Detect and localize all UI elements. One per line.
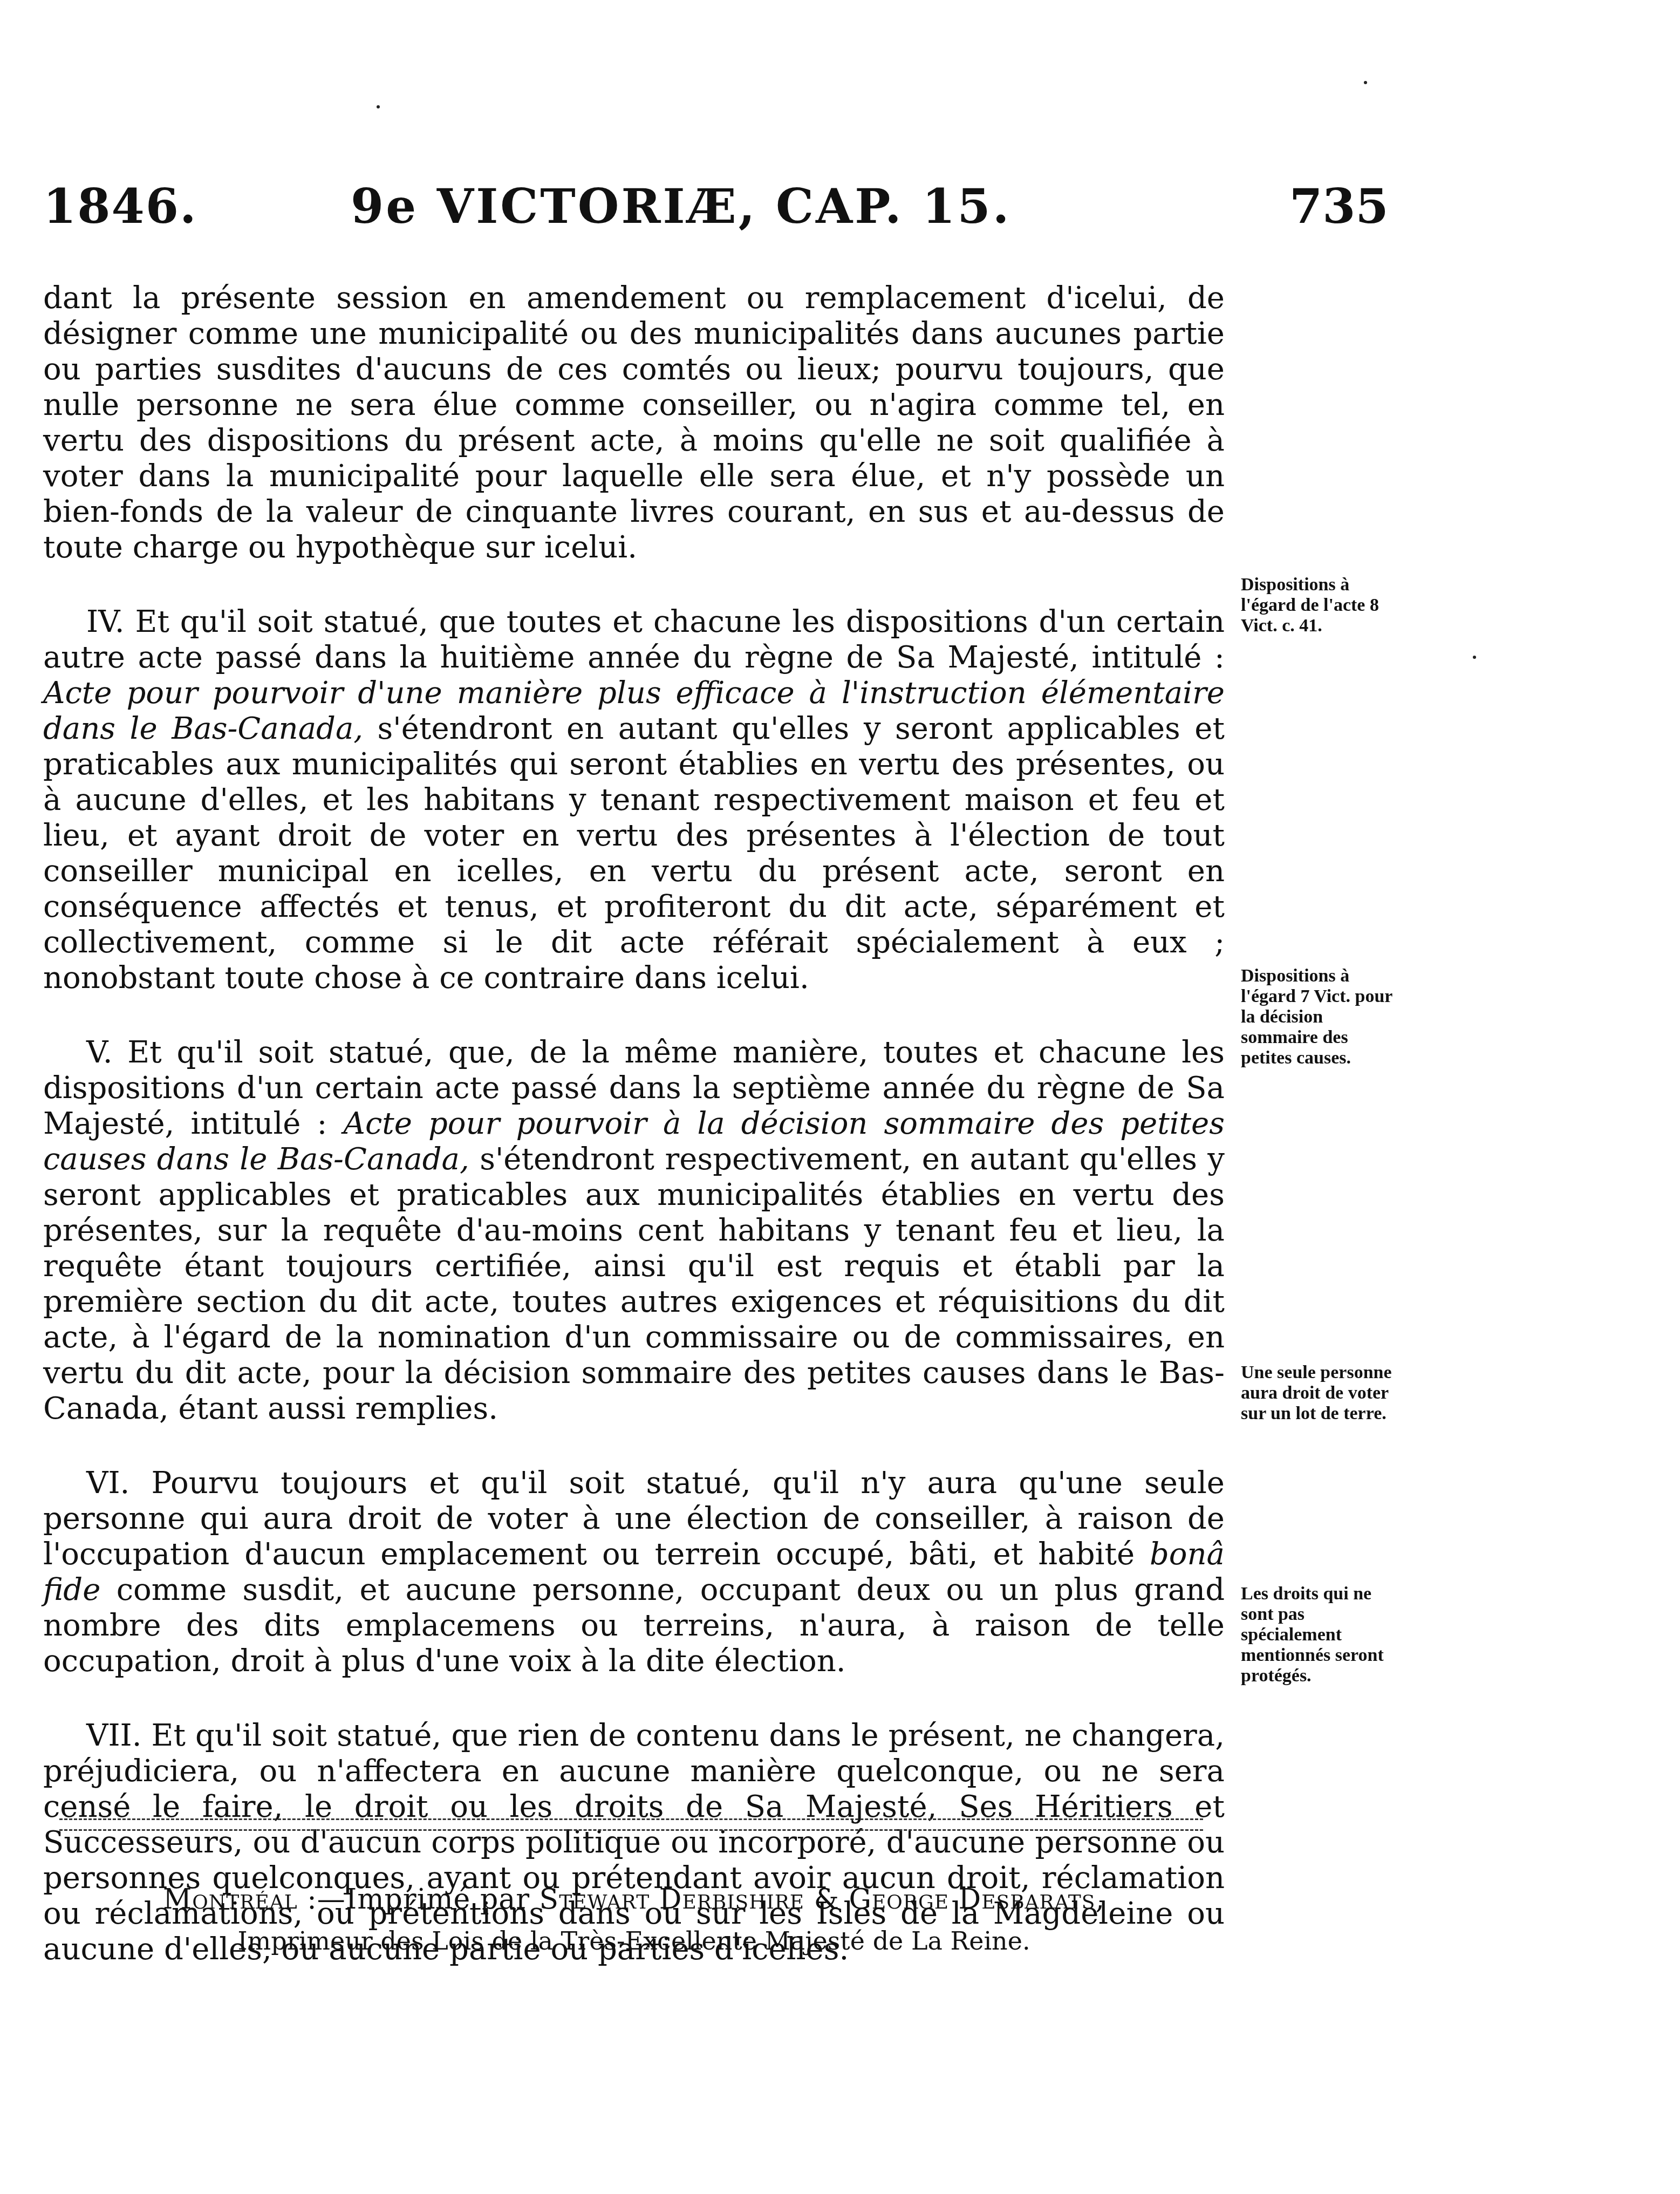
imprint-printers: Stewart Derbishire & George Desbarats, — [539, 1883, 1105, 1916]
page-header: 1846. 9e VICTORIÆ, CAP. 15. 735 — [43, 178, 1381, 237]
paragraph-continuation: dant la présente session en amendement o… — [43, 281, 1225, 565]
section-vi: VI. Pourvu toujours et qu'il soit statué… — [43, 1466, 1225, 1679]
section-text: s'étendront respectivement, en autant qu… — [43, 1142, 1225, 1426]
divider-rule — [59, 1829, 1203, 1831]
section-text: IV. Et qu'il soit statué, que toutes et … — [43, 604, 1225, 675]
section-text: VI. Pourvu toujours et qu'il soit statué… — [43, 1466, 1225, 1572]
margin-note-vi: Une seule personne aura droit de voter s… — [1241, 1362, 1403, 1424]
header-year: 1846. — [43, 178, 197, 234]
imprint-line-2: Imprimeur des Lois de la Très-Excellente… — [0, 1926, 1268, 1955]
imprint-text: :—Imprimé par — [298, 1883, 539, 1916]
margin-note-iv: Dispositions à l'égard de l'acte 8 Vict.… — [1241, 575, 1403, 636]
margin-note-v: Dispositions à l'égard 7 Vict. pour la d… — [1241, 966, 1403, 1068]
scan-speck — [377, 105, 380, 108]
section-iv: IV. Et qu'il soit statué, que toutes et … — [43, 604, 1225, 996]
margin-note-vii: Les droits qui ne sont pas spécialement … — [1241, 1584, 1403, 1686]
page-number: 735 — [1289, 178, 1389, 234]
imprint-line-1: Montréal :—Imprimé par Stewart Derbishir… — [0, 1883, 1268, 1916]
section-v: V. Et qu'il soit statué, que, de la même… — [43, 1035, 1225, 1427]
paragraph-text: dant la présente session en amendement o… — [43, 281, 1225, 565]
scan-speck — [1473, 656, 1476, 659]
divider-rule — [59, 1818, 1203, 1820]
imprint-place: Montréal — [163, 1883, 298, 1916]
section-text: comme susdit, et aucune personne, occupa… — [43, 1572, 1225, 1679]
scan-speck — [1364, 81, 1367, 84]
header-title: 9e VICTORIÆ, CAP. 15. — [351, 178, 1011, 234]
main-text-column: dant la présente session en amendement o… — [43, 281, 1225, 2006]
section-text: s'étendront en autant qu'elles y seront … — [43, 711, 1225, 996]
